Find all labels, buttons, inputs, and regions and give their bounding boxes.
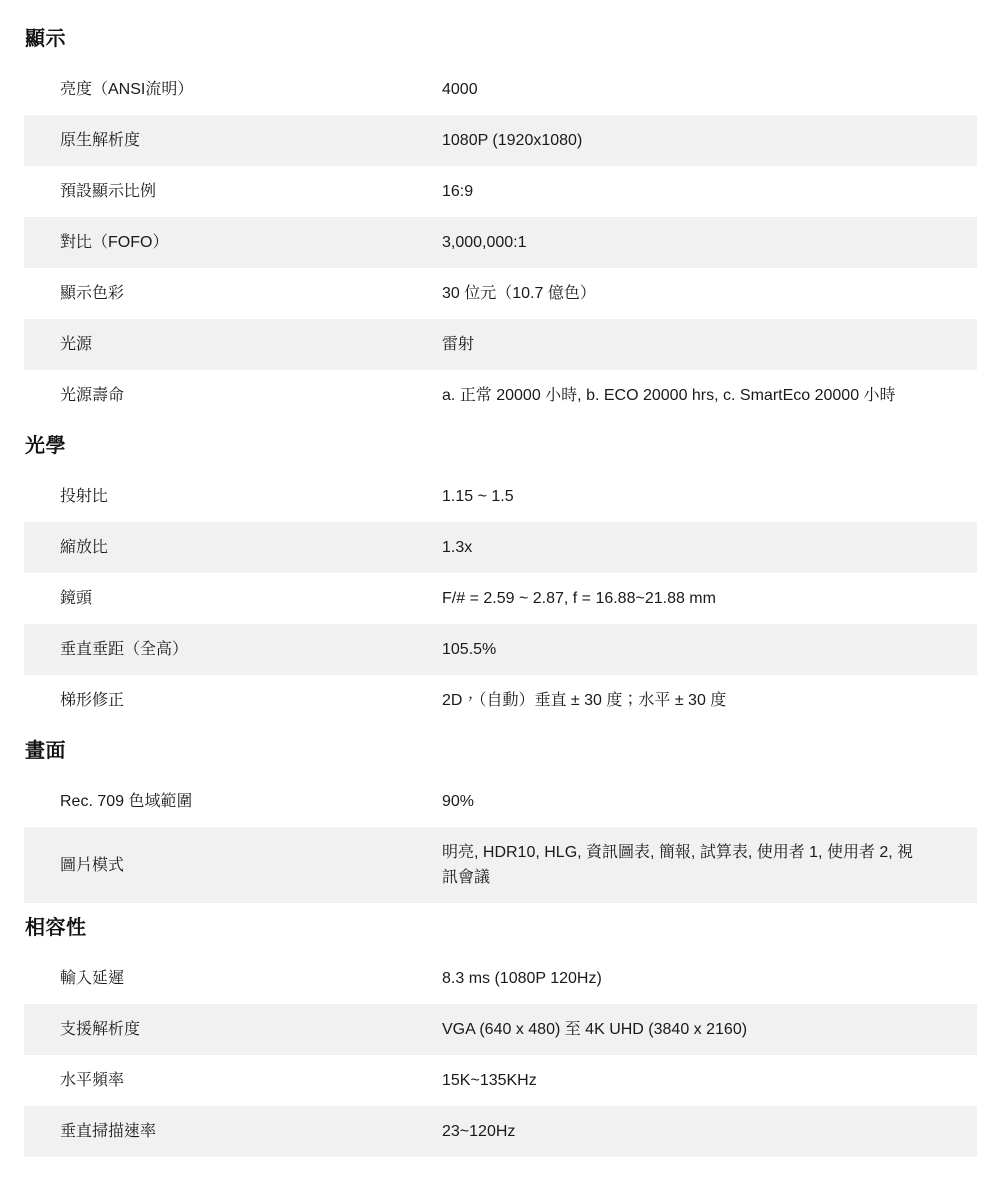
spec-label: 水平頻率 xyxy=(24,1068,442,1093)
spec-value: VGA (640 x 480) 至 4K UHD (3840 x 2160) xyxy=(442,1017,977,1042)
spec-value: 3,000,000:1 xyxy=(442,230,977,255)
spec-label: 垂直掃描速率 xyxy=(24,1119,442,1144)
spec-label: 對比（FOFO） xyxy=(24,230,442,255)
section-display: 顯示 亮度（ANSI流明） 4000 原生解析度 1080P (1920x108… xyxy=(24,14,977,421)
spec-row-aspect-ratio: 預設顯示比例 16:9 xyxy=(24,166,977,217)
spec-rows-optical: 投射比 1.15 ~ 1.5 縮放比 1.3x 鏡頭 F/# = 2.59 ~ … xyxy=(24,471,977,726)
spec-label: 縮放比 xyxy=(24,535,442,560)
spec-row-native-resolution: 原生解析度 1080P (1920x1080) xyxy=(24,115,977,166)
spec-label: 輸入延遲 xyxy=(24,966,442,991)
spec-row-rec709-coverage: Rec. 709 色域範圍 90% xyxy=(24,776,977,827)
spec-row-picture-modes: 圖片模式 明亮, HDR10, HLG, 資訊圖表, 簡報, 試算表, 使用者 … xyxy=(24,827,977,903)
spec-label: 梯形修正 xyxy=(24,688,442,713)
spec-rows-display: 亮度（ANSI流明） 4000 原生解析度 1080P (1920x1080) … xyxy=(24,64,977,421)
spec-label: 鏡頭 xyxy=(24,586,442,611)
spec-label: 光源 xyxy=(24,332,442,357)
spec-row-input-lag: 輸入延遲 8.3 ms (1080P 120Hz) xyxy=(24,953,977,1004)
spec-label: 預設顯示比例 xyxy=(24,179,442,204)
spec-row-zoom-ratio: 縮放比 1.3x xyxy=(24,522,977,573)
spec-label: 投射比 xyxy=(24,484,442,509)
spec-value: 1.3x xyxy=(442,535,977,560)
spec-label: 支援解析度 xyxy=(24,1017,442,1042)
spec-label: 亮度（ANSI流明） xyxy=(24,77,442,102)
spec-value: F/# = 2.59 ~ 2.87, f = 16.88~21.88 mm xyxy=(442,586,977,611)
spec-label: 圖片模式 xyxy=(24,853,442,878)
spec-value: 1.15 ~ 1.5 xyxy=(442,484,977,509)
section-title-picture: 畫面 xyxy=(24,726,977,776)
section-title-display: 顯示 xyxy=(24,14,977,64)
section-picture: 畫面 Rec. 709 色域範圍 90% 圖片模式 明亮, HDR10, HLG… xyxy=(24,726,977,903)
spec-label: 垂直垂距（全高） xyxy=(24,637,442,662)
spec-row-supported-resolution: 支援解析度 VGA (640 x 480) 至 4K UHD (3840 x 2… xyxy=(24,1004,977,1055)
spec-row-brightness: 亮度（ANSI流明） 4000 xyxy=(24,64,977,115)
spec-page: 顯示 亮度（ANSI流明） 4000 原生解析度 1080P (1920x108… xyxy=(0,0,1000,1200)
spec-row-throw-ratio: 投射比 1.15 ~ 1.5 xyxy=(24,471,977,522)
spec-value: 105.5% xyxy=(442,637,977,662)
spec-value: 1080P (1920x1080) xyxy=(442,128,977,153)
section-compatibility: 相容性 輸入延遲 8.3 ms (1080P 120Hz) 支援解析度 VGA … xyxy=(24,903,977,1157)
spec-value: 2D，（自動）垂直 ± 30 度；水平 ± 30 度 xyxy=(442,688,977,713)
spec-row-light-source: 光源 雷射 xyxy=(24,319,977,370)
spec-row-keystone: 梯形修正 2D，（自動）垂直 ± 30 度；水平 ± 30 度 xyxy=(24,675,977,726)
spec-label: 原生解析度 xyxy=(24,128,442,153)
spec-value: 8.3 ms (1080P 120Hz) xyxy=(442,966,977,991)
spec-row-contrast: 對比（FOFO） 3,000,000:1 xyxy=(24,217,977,268)
spec-rows-picture: Rec. 709 色域範圍 90% 圖片模式 明亮, HDR10, HLG, 資… xyxy=(24,776,977,903)
spec-row-vertical-offset: 垂直垂距（全高） 105.5% xyxy=(24,624,977,675)
spec-rows-compatibility: 輸入延遲 8.3 ms (1080P 120Hz) 支援解析度 VGA (640… xyxy=(24,953,977,1157)
spec-value: a. 正常 20000 小時, b. ECO 20000 hrs, c. Sma… xyxy=(442,383,977,408)
spec-value: 23~120Hz xyxy=(442,1119,977,1144)
spec-label: 光源壽命 xyxy=(24,383,442,408)
spec-row-display-color: 顯示色彩 30 位元（10.7 億色） xyxy=(24,268,977,319)
spec-value: 雷射 xyxy=(442,332,977,357)
section-title-compatibility: 相容性 xyxy=(24,903,977,953)
spec-value: 16:9 xyxy=(442,179,977,204)
spec-value: 4000 xyxy=(442,77,977,102)
section-title-optical: 光學 xyxy=(24,421,977,471)
spec-value: 15K~135KHz xyxy=(442,1068,977,1093)
spec-value: 30 位元（10.7 億色） xyxy=(442,281,977,306)
spec-row-horizontal-frequency: 水平頻率 15K~135KHz xyxy=(24,1055,977,1106)
spec-label: 顯示色彩 xyxy=(24,281,442,306)
spec-row-lens: 鏡頭 F/# = 2.59 ~ 2.87, f = 16.88~21.88 mm xyxy=(24,573,977,624)
spec-row-vertical-scan-rate: 垂直掃描速率 23~120Hz xyxy=(24,1106,977,1157)
section-optical: 光學 投射比 1.15 ~ 1.5 縮放比 1.3x 鏡頭 F/# = 2.59… xyxy=(24,421,977,726)
spec-value: 明亮, HDR10, HLG, 資訊圖表, 簡報, 試算表, 使用者 1, 使用… xyxy=(442,840,977,890)
spec-row-light-source-life: 光源壽命 a. 正常 20000 小時, b. ECO 20000 hrs, c… xyxy=(24,370,977,421)
spec-value: 90% xyxy=(442,789,977,814)
spec-label: Rec. 709 色域範圍 xyxy=(24,789,442,814)
